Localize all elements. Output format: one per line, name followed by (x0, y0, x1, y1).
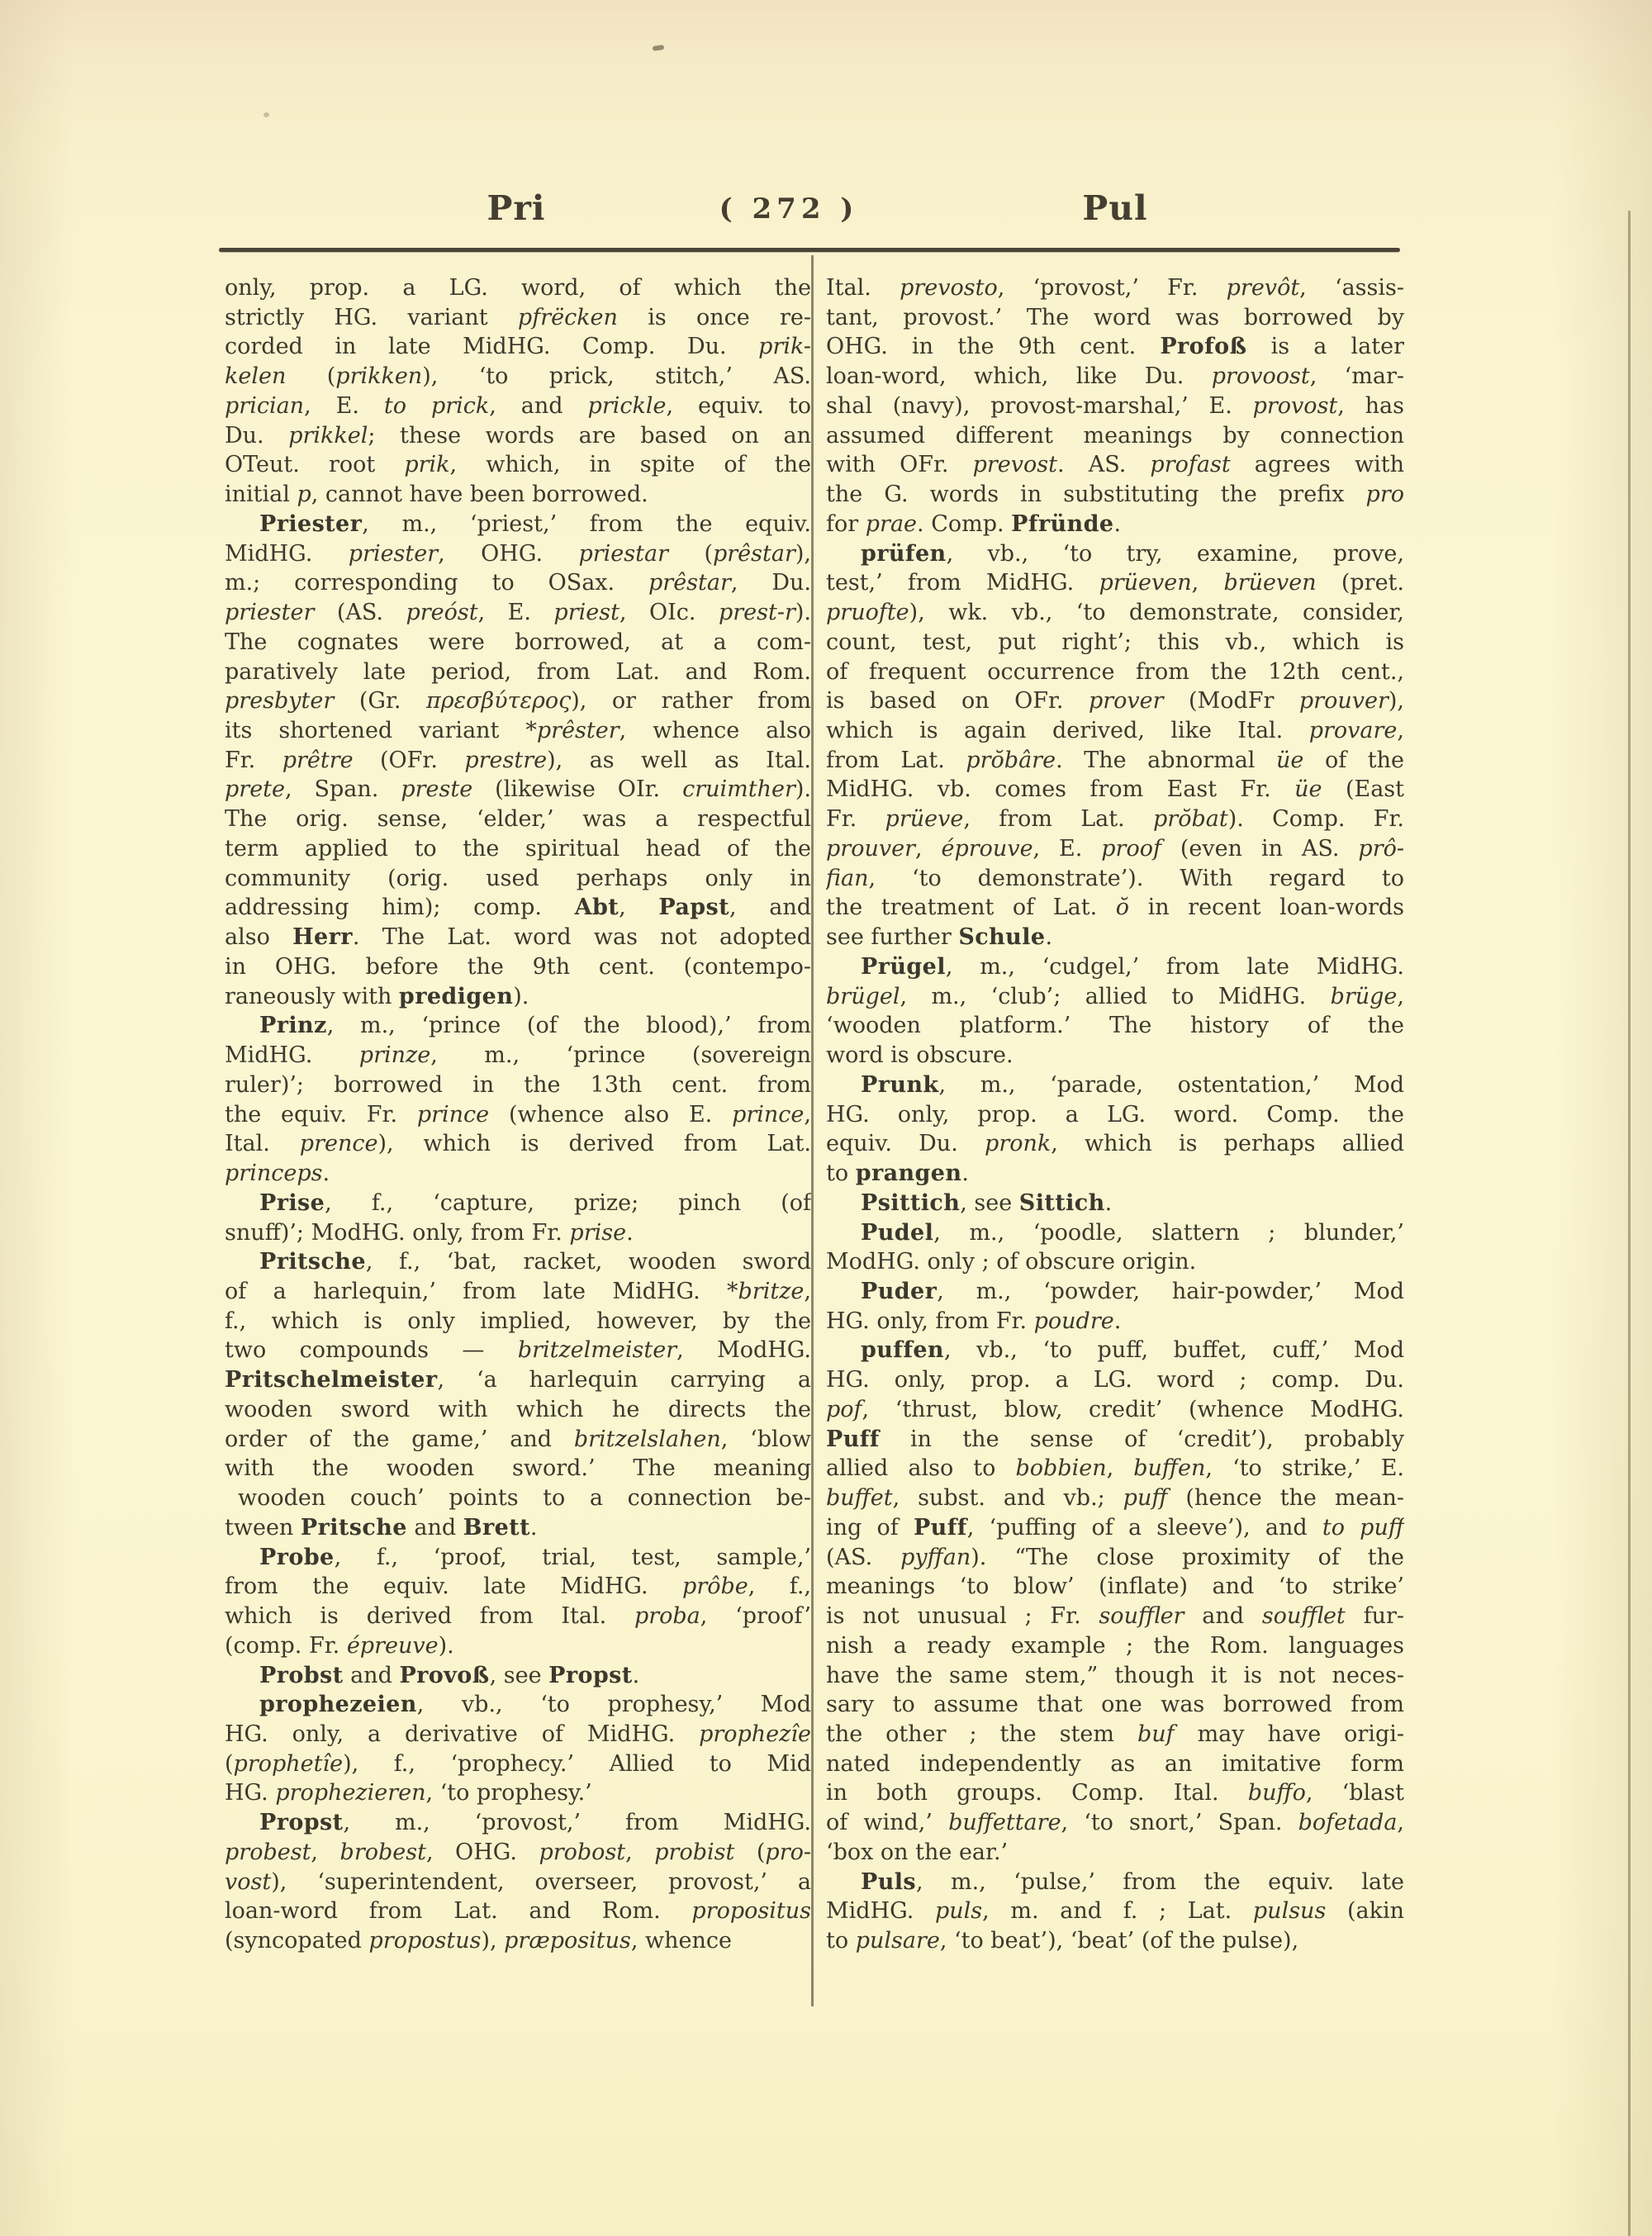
text-line: MidHG. priester, OHG. priestar (prêstar)… (225, 539, 811, 569)
text-line: wooden sword with which he directs the (225, 1395, 811, 1425)
text-line: to prangen. (826, 1159, 1404, 1189)
text-line: puffen, vb., ‘to puff, buffet, cuff,’ Mo… (826, 1336, 1404, 1365)
text-line: paratively late period, from Lat. and Ro… (225, 658, 811, 687)
text-line: HG. prophezieren, ‘to prophesy.’ (225, 1778, 811, 1808)
text-line: prüfen, vb., ‘to try, examine, prove, (826, 539, 1404, 569)
text-line: from the equiv. late MidHG. prôbe, f., (225, 1572, 811, 1602)
text-line: term applied to the spiritual head of th… (225, 834, 811, 864)
book-page-scan: Pri ( 272 ) Pul only, prop. a LG. word, … (0, 0, 1652, 2236)
text-line: Puls, m., ‘pulse,’ from the equiv. late (826, 1868, 1404, 1897)
text-line: tween Pritsche and Brett. (225, 1513, 811, 1543)
text-line: to pulsare, ‘to beat’), ‘beat’ (of the p… (826, 1926, 1404, 1956)
text-line: prophezeien, vb., ‘to prophesy,’ Mod (225, 1690, 811, 1720)
text-line: of wind,’ buffettare, ‘to snort,’ Span. … (826, 1808, 1404, 1838)
text-line: Ital. prevosto, ‘provost,’ Fr. prevôt, ‘… (826, 273, 1404, 303)
text-line: from Lat. prŏbâre. The abnormal üe of th… (826, 746, 1404, 776)
text-line: two compounds — britzelmeister, ModHG. (225, 1336, 811, 1365)
text-line: Fr. prêtre (OFr. prestre), as well as It… (225, 746, 811, 776)
text-line: equiv. Du. pronk, which is perhaps allie… (826, 1129, 1404, 1159)
text-line: ‘wooden platform.’ The history of the (826, 1011, 1404, 1041)
text-line: brügel, m., ‘club’; allied to MidHG. brü… (826, 982, 1404, 1012)
text-line: m.; corresponding to OSax. prêstar, Du. (225, 568, 811, 598)
text-line: Priester, m., ‘priest,’ from the equiv. (225, 510, 811, 539)
text-line: tant, provost.’ The word was borrowed by (826, 303, 1404, 333)
text-line: (AS. pyffan). “The close proximity of th… (826, 1543, 1404, 1573)
text-line: Prise, f., ‘capture, prize; pinch (of (225, 1189, 811, 1218)
text-line: loan-word, which, like Du. provoost, ‘ma… (826, 362, 1404, 392)
text-line: the G. words in substituting the prefix … (826, 480, 1404, 510)
text-line: (syncopated propostus), præpositus, when… (225, 1926, 811, 1956)
text-line: Fr. prüeve, from Lat. prŏbat). Comp. Fr. (826, 805, 1404, 834)
text-line: wooden couch’ points to a connection be- (225, 1484, 811, 1513)
text-line: Prügel, m., ‘cudgel,’ from late MidHG. (826, 952, 1404, 982)
text-line: Puder, m., ‘powder, hair-powder,’ Mod (826, 1277, 1404, 1307)
text-line: is not unusual ; Fr. souffler and souffl… (826, 1602, 1404, 1631)
text-line: Pritsche, f., ‘bat, racket, wooden sword (225, 1247, 811, 1277)
text-line: Puff in the sense of ‘credit’), probably (826, 1425, 1404, 1455)
text-line: also Herr. The Lat. word was not adopted (225, 923, 811, 952)
left-column: only, prop. a LG. word, of which thestri… (225, 273, 811, 1956)
text-line: ModHG. only ; of obscure origin. (826, 1247, 1404, 1277)
text-line: strictly HG. variant pfrëcken is once re… (225, 303, 811, 333)
text-line: snuff)’; ModHG. only, from Fr. prise. (225, 1218, 811, 1248)
text-line: OHG. in the 9th cent. Profoß is a later (826, 332, 1404, 362)
text-line: count, test, put right’; this vb., which… (826, 628, 1404, 658)
text-line: nish a ready example ; the Rom. language… (826, 1631, 1404, 1661)
text-line: (prophetîe), f., ‘prophecy.’ Allied to M… (225, 1749, 811, 1779)
text-line: see further Schule. (826, 923, 1404, 952)
text-line: which is derived from Ital. proba, ‘proo… (225, 1602, 811, 1631)
text-line: allied also to bobbien, buffen, ‘to stri… (826, 1454, 1404, 1484)
text-line: the other ; the stem buf may have origi- (826, 1720, 1404, 1749)
text-line: the equiv. Fr. prince (whence also E. pr… (225, 1100, 811, 1130)
text-line: MidHG. puls, m. and f. ; Lat. pulsus (ak… (826, 1897, 1404, 1926)
text-line: initial p, cannot have been borrowed. (225, 480, 811, 510)
text-line: HG. only, prop. a LG. word ; comp. Du. (826, 1365, 1404, 1395)
ink-speck (653, 45, 665, 51)
text-line: test,’ from MidHG. prüeven, brüeven (pre… (826, 568, 1404, 598)
text-line: its shortened variant *prêster, whence a… (225, 716, 811, 746)
text-line: pof, ‘thrust, blow, credit’ (whence ModH… (826, 1395, 1404, 1425)
text-line: ruler)’; borrowed in the 13th cent. from (225, 1071, 811, 1100)
text-line: nated independently as an imitative form (826, 1749, 1404, 1779)
text-line: (comp. Fr. épreuve). (225, 1631, 811, 1661)
text-line: Probe, f., ‘proof, trial, test, sample,’ (225, 1543, 811, 1573)
text-line: loan-word from Lat. and Rom. propositus (225, 1897, 811, 1926)
text-line: Psittich, see Sittich. (826, 1189, 1404, 1218)
text-line: addressing him); comp. Abt, Papst, and (225, 893, 811, 923)
text-line: Probst and Provoß, see Propst. (225, 1661, 811, 1691)
text-line: for prae. Comp. Pfründe. (826, 510, 1404, 539)
text-line: Du. prikkel; these words are based on an (225, 421, 811, 451)
text-line: f., which is only implied, however, by t… (225, 1307, 811, 1336)
text-line: in OHG. before the 9th cent. (contempo- (225, 952, 811, 982)
text-line: OTeut. root prik, which, in spite of the (225, 450, 811, 480)
text-line: The cognates were borrowed, at a com- (225, 628, 811, 658)
text-line: of a harlequin,’ from late MidHG. *britz… (225, 1277, 811, 1307)
text-line: kelen (prikken), ‘to prick, stitch,’ AS. (225, 362, 811, 392)
text-line: presbyter (Gr. πρεσβύτερος), or rather f… (225, 686, 811, 716)
text-line: prouver, éprouve, E. proof (even in AS. … (826, 834, 1404, 864)
header-rule (219, 248, 1400, 252)
text-line: order of the game,’ and britzelslahen, ‘… (225, 1425, 811, 1455)
text-line: ing of Puff, ‘puffing of a sleeve’), and… (826, 1513, 1404, 1543)
text-line: Propst, m., ‘provost,’ from MidHG. (225, 1808, 811, 1838)
text-line: with the wooden sword.’ The meaning (225, 1454, 811, 1484)
text-line: MidHG. vb. comes from East Fr. üe (East (826, 775, 1404, 805)
page-edge-line (1628, 211, 1631, 2236)
text-line: community (orig. used perhaps only in (225, 864, 811, 894)
text-line: ‘box on the ear.’ (826, 1838, 1404, 1868)
text-line: only, prop. a LG. word, of which the (225, 273, 811, 303)
text-line: buffet, subst. and vb.; puff (hence the … (826, 1484, 1404, 1513)
text-line: Prinz, m., ‘prince (of the blood),’ from (225, 1011, 811, 1041)
text-line: the treatment of Lat. ŏ in recent loan-w… (826, 893, 1404, 923)
text-line: assumed different meanings by connection (826, 421, 1404, 451)
text-line: Pudel, m., ‘poodle, slattern ; blunder,’ (826, 1218, 1404, 1248)
text-line: word is obscure. (826, 1041, 1404, 1071)
text-line: raneously with predigen). (225, 982, 811, 1012)
text-line: prete, Span. preste (likewise OIr. cruim… (225, 775, 811, 805)
text-line: HG. only, from Fr. poudre. (826, 1307, 1404, 1336)
text-line: meanings ‘to blow’ (inflate) and ‘to str… (826, 1572, 1404, 1602)
text-line: Prunk, m., ‘parade, ostentation,’ Mod (826, 1071, 1404, 1100)
text-line: HG. only, prop. a LG. word. Comp. the (826, 1100, 1404, 1130)
text-line: pruofte), wk. vb., ‘to demonstrate, cons… (826, 598, 1404, 628)
text-line: sary to assume that one was borrowed fro… (826, 1690, 1404, 1720)
ink-speck (263, 112, 269, 117)
text-line: corded in late MidHG. Comp. Du. prik- (225, 332, 811, 362)
text-line: Pritschelmeister, ‘a harlequin carrying … (225, 1365, 811, 1395)
text-line: which is again derived, like Ital. prova… (826, 716, 1404, 746)
text-line: fian, ‘to demonstrate’). With regard to (826, 864, 1404, 894)
text-line: probest, brobest, OHG. probost, probist … (225, 1838, 811, 1868)
text-line: with OFr. prevost. AS. profast agrees wi… (826, 450, 1404, 480)
text-line: prician, E. to prick, and prickle, equiv… (225, 392, 811, 421)
text-line: in both groups. Comp. Ital. buffo, ‘blas… (826, 1778, 1404, 1808)
column-divider-rule (811, 255, 814, 2006)
text-line: have the same stem,” though it is not ne… (826, 1661, 1404, 1691)
text-line: HG. only, a derivative of MidHG. prophez… (225, 1720, 811, 1749)
text-line: MidHG. prinze, m., ‘prince (sovereign (225, 1041, 811, 1071)
text-line: princeps. (225, 1159, 811, 1189)
running-head-right: Pul (826, 188, 1404, 238)
text-line: of frequent occurrence from the 12th cen… (826, 658, 1404, 687)
text-line: is based on OFr. prover (ModFr prouver), (826, 686, 1404, 716)
text-line: vost), ‘superintendent, overseer, provos… (225, 1868, 811, 1897)
text-line: shal (navy), provost-marshal,’ E. provos… (826, 392, 1404, 421)
text-line: Ital. prence), which is derived from Lat… (225, 1129, 811, 1159)
right-column: Ital. prevosto, ‘provost,’ Fr. prevôt, ‘… (826, 273, 1404, 1956)
text-line: The orig. sense, ‘elder,’ was a respectf… (225, 805, 811, 834)
text-line: priester (AS. preóst, E. priest, OIc. pr… (225, 598, 811, 628)
